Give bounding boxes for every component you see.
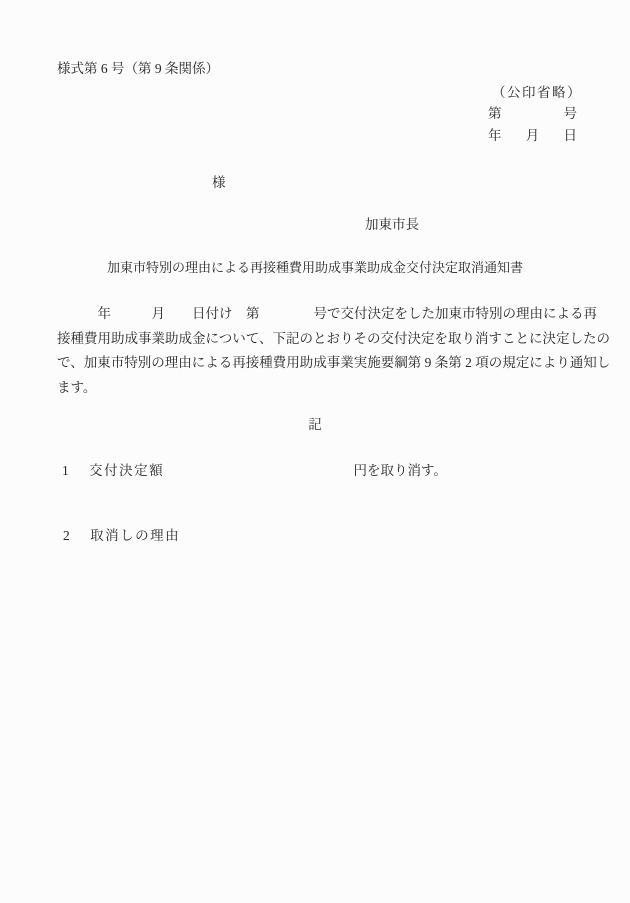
official-seal-omitted-note: （公印省略） (492, 86, 582, 100)
body-line: ます。 (57, 376, 610, 401)
body-line: 年 月 日付け 第 号で交付決定をした加東市特別の理由による再 (57, 302, 610, 327)
sender-name: 加東市長 (365, 218, 419, 232)
form-number-label: 様式第 6 号（第 9 条関係） (57, 62, 219, 76)
date-line: 年 月 日 (488, 129, 577, 143)
body-line: 接種費用助成事業助成金について、下記のとおりその交付決定を取り消すことに決定した… (57, 327, 610, 352)
item-label: 交付決定額 (89, 463, 164, 478)
document-page: 様式第 6 号（第 9 条関係） （公印省略） 第 号 年 月 日 様 加東市長… (0, 0, 630, 903)
item-number: 2 (63, 528, 70, 543)
record-marker: 記 (0, 418, 630, 432)
item-row-grant-amount: 1 交付決定額 円を取り消す。 (62, 464, 447, 478)
body-paragraph: 年 月 日付け 第 号で交付決定をした加東市特別の理由による再 接種費用助成事業… (57, 302, 610, 400)
document-title: 加東市特別の理由による再接種費用助成事業助成金交付決定取消通知書 (0, 261, 630, 274)
date-year-label: 年 (488, 129, 502, 143)
body-line: で、加東市特別の理由による再接種費用助成事業実施要綱第 9 条第 2 項の規定に… (57, 351, 610, 376)
item-label: 取消しの理由 (90, 528, 180, 543)
document-number-line: 第 号 (488, 107, 577, 121)
date-day-label: 日 (564, 129, 578, 143)
date-month-label: 月 (526, 129, 540, 143)
item-number: 1 (62, 463, 69, 478)
recipient-honorific: 様 (212, 176, 226, 190)
item-suffix: 円を取り消す。 (354, 463, 447, 478)
item-row-cancellation-reason: 2 取消しの理由 (63, 529, 180, 543)
document-number-suffix: 号 (564, 107, 578, 121)
document-number-prefix: 第 (488, 107, 502, 121)
